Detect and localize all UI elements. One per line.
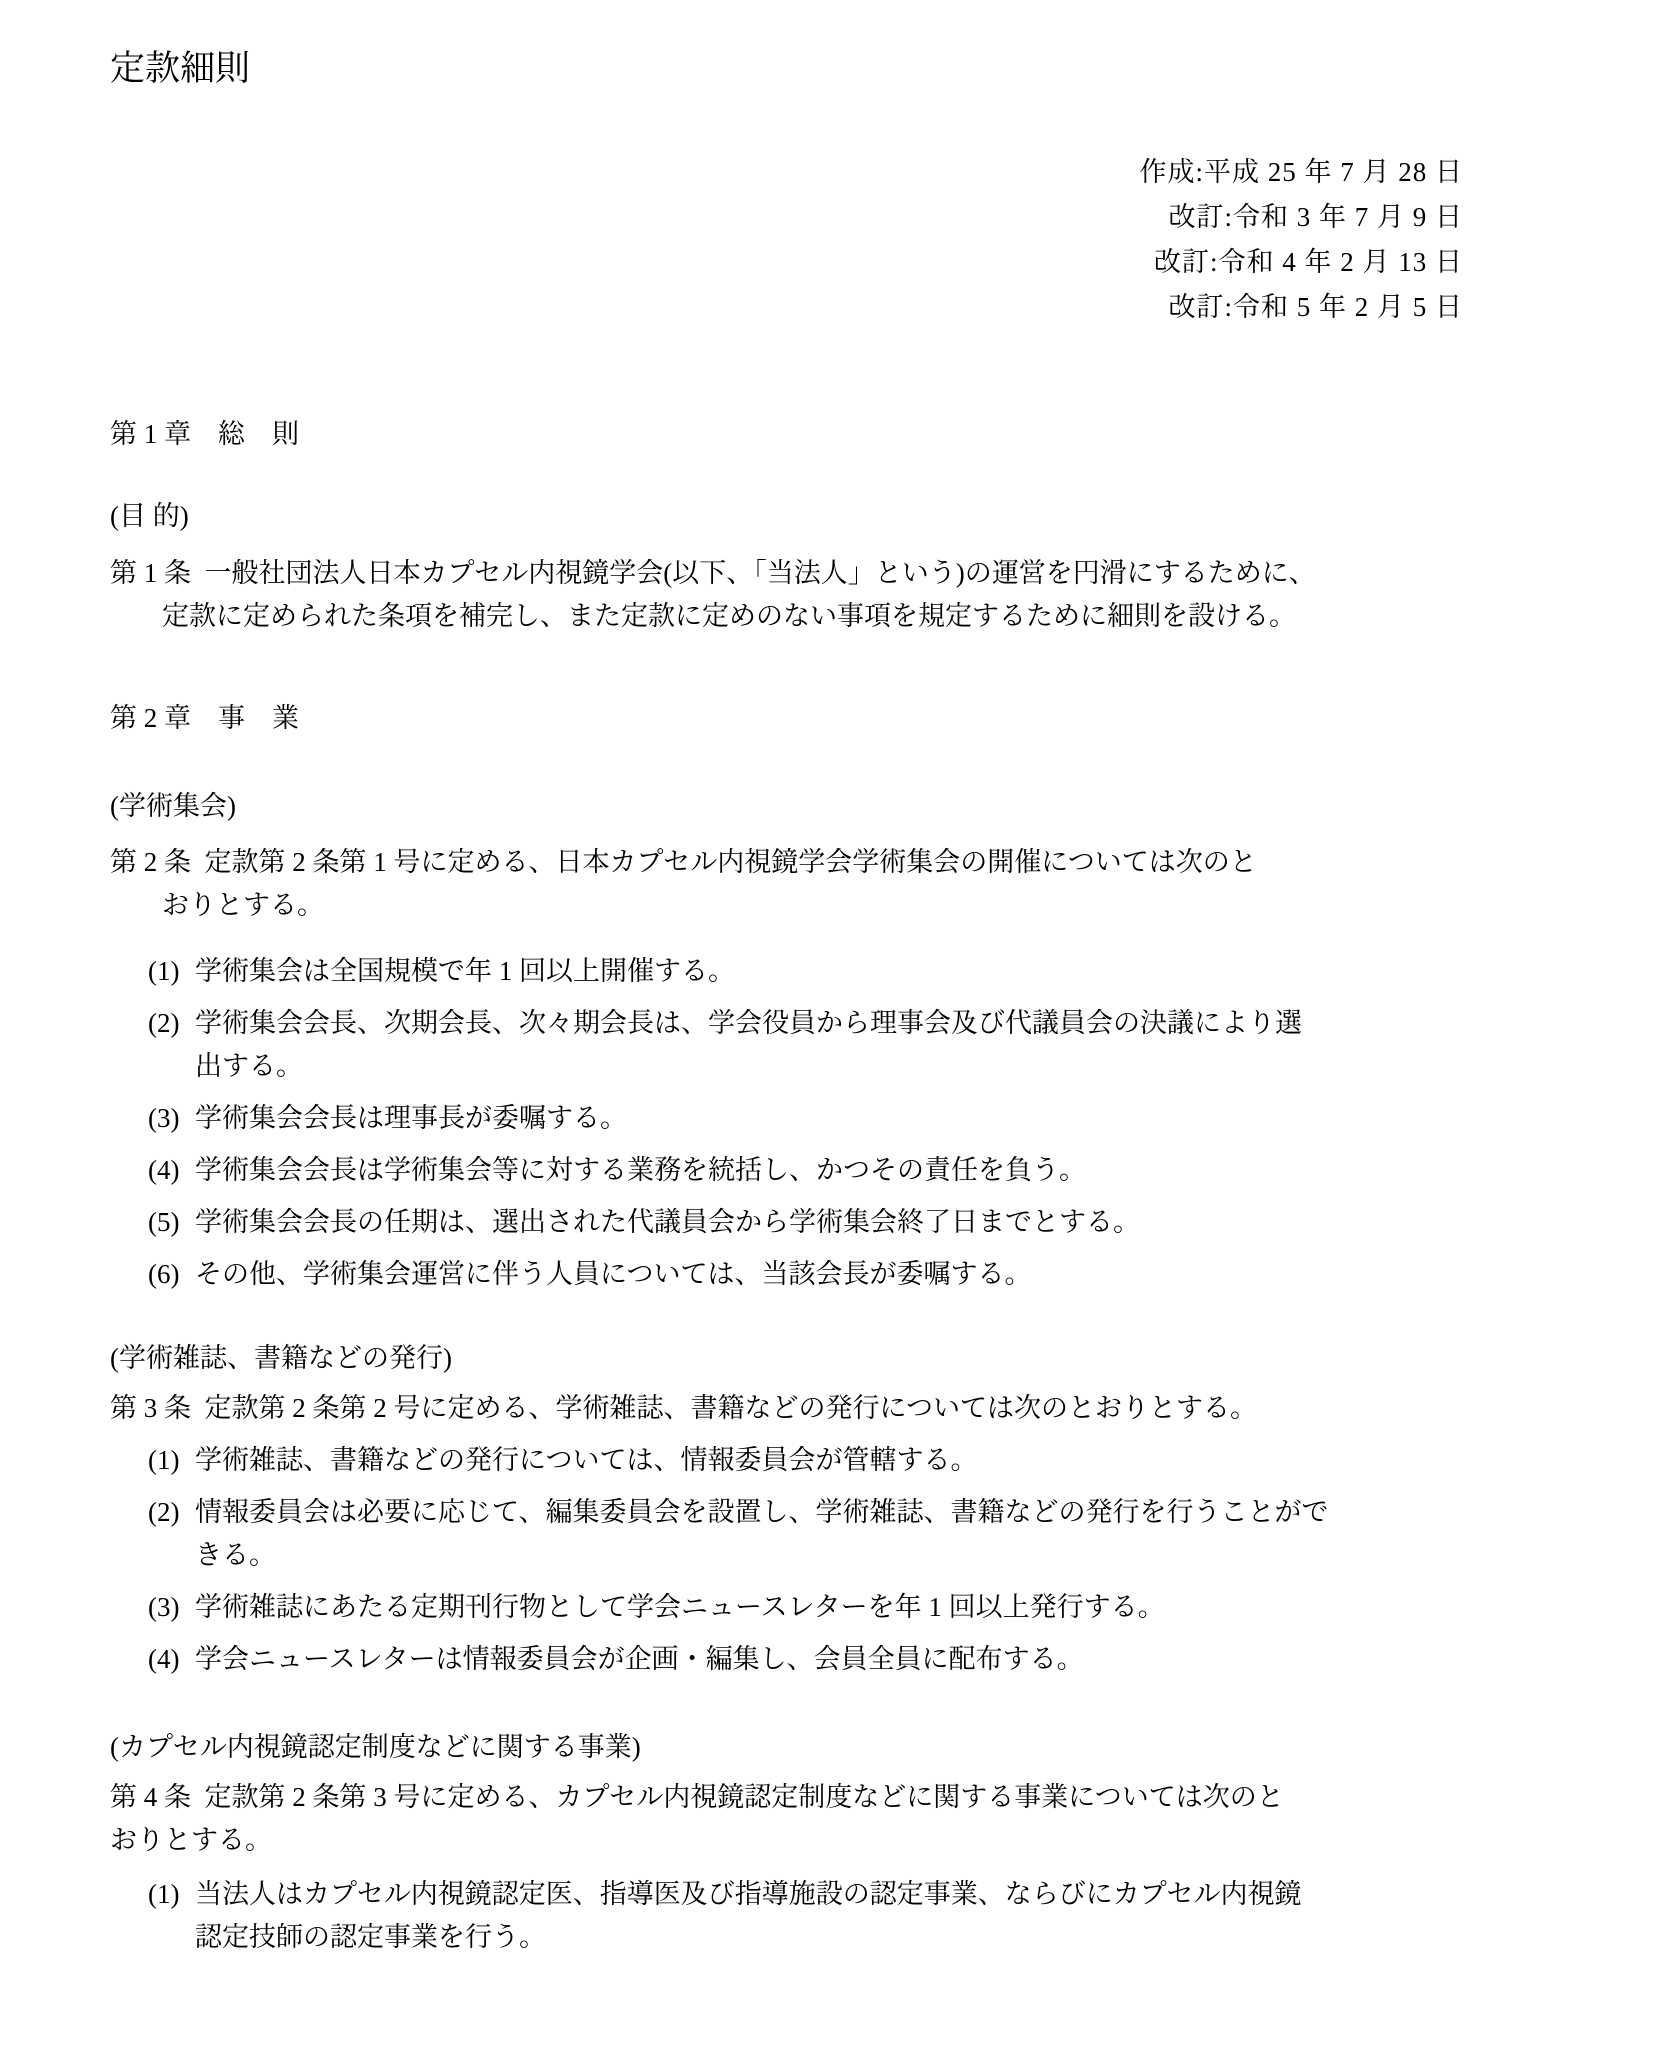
- item-number: (1): [148, 950, 195, 993]
- revision-dates: 作成:平成 25 年 7 月 28 日 改訂:令和 3 年 7 月 9 日 改訂…: [110, 150, 1463, 330]
- list-item: (4) 学会ニュースレターは情報委員会が企画・編集し、会員全員に配布する。: [110, 1638, 1544, 1681]
- item-text: 情報委員会は必要に応じて、編集委員会を設置し、学術雑誌、書籍などの発行を行うこと…: [195, 1491, 1544, 1577]
- item-text: 学術集会会長、次期会長、次々期会長は、学会役員から理事会及び代議員会の決議により…: [195, 1002, 1544, 1088]
- item-number: (3): [148, 1586, 195, 1629]
- item-text: 学術雑誌にあたる定期刊行物として学会ニュースレターを年 1 回以上発行する。: [195, 1586, 1544, 1629]
- list-item: (5) 学術集会会長の任期は、選出された代議員会から学術集会終了日までとする。: [110, 1201, 1544, 1244]
- meeting-section-label: (学術集会): [110, 784, 1544, 828]
- item-number: (3): [148, 1097, 195, 1140]
- chapter2-heading: 第 2 章 事 業: [110, 696, 1544, 740]
- item-number: (4): [148, 1638, 195, 1681]
- item-text: 当法人はカプセル内視鏡認定医、指導医及び指導施設の認定事業、ならびにカプセル内視…: [195, 1873, 1544, 1959]
- item-number: (2): [148, 1491, 195, 1577]
- item-number: (1): [148, 1873, 195, 1959]
- article3-text: 第 3 条 定款第 2 条第 2 号に定める、学術雑誌、書籍などの発行については…: [110, 1387, 1544, 1430]
- list-item: (3) 学術雑誌にあたる定期刊行物として学会ニュースレターを年 1 回以上発行す…: [110, 1586, 1544, 1629]
- item-text: 学術雑誌、書籍などの発行については、情報委員会が管轄する。: [195, 1439, 1544, 1482]
- article2-text: 第 2 条 定款第 2 条第 1 号に定める、日本カプセル内視鏡学会学術集会の開…: [110, 841, 1544, 927]
- item-text: その他、学術集会運営に伴う人員については、当該会長が委嘱する。: [195, 1253, 1544, 1296]
- list-item: (2) 学術集会会長、次期会長、次々期会長は、学会役員から理事会及び代議員会の決…: [110, 1002, 1544, 1088]
- item-number: (5): [148, 1201, 195, 1244]
- date-line-revision-1: 改訂:令和 3 年 7 月 9 日: [110, 195, 1463, 240]
- item-text: 学会ニュースレターは情報委員会が企画・編集し、会員全員に配布する。: [195, 1638, 1544, 1681]
- journal-section-label: (学術雑誌、書籍などの発行): [110, 1336, 1544, 1380]
- page-title: 定款細則: [110, 46, 1544, 92]
- list-item: (1) 当法人はカプセル内視鏡認定医、指導医及び指導施設の認定事業、ならびにカプ…: [110, 1873, 1544, 1959]
- date-line-revision-3: 改訂:令和 5 年 2 月 5 日: [110, 285, 1463, 330]
- list-item: (3) 学術集会会長は理事長が委嘱する。: [110, 1097, 1544, 1140]
- item-number: (1): [148, 1439, 195, 1482]
- article2-item-list: (1) 学術集会は全国規模で年 1 回以上開催する。 (2) 学術集会会長、次期…: [110, 950, 1544, 1296]
- certification-section-label: (カプセル内視鏡認定制度などに関する事業): [110, 1725, 1544, 1769]
- purpose-section-label: (目 的): [110, 494, 1544, 538]
- chapter1-heading: 第 1 章 総 則: [110, 412, 1544, 456]
- item-number: (4): [148, 1149, 195, 1192]
- document-page: 定款細則 作成:平成 25 年 7 月 28 日 改訂:令和 3 年 7 月 9…: [0, 0, 1654, 2047]
- item-number: (2): [148, 1002, 195, 1088]
- item-text: 学術集会会長は学術集会等に対する業務を統括し、かつその責任を負う。: [195, 1149, 1544, 1192]
- list-item: (6) その他、学術集会運営に伴う人員については、当該会長が委嘱する。: [110, 1253, 1544, 1296]
- article4-text: 第 4 条 定款第 2 条第 3 号に定める、カプセル内視鏡認定制度などに関する…: [110, 1776, 1544, 1862]
- date-line-revision-2: 改訂:令和 4 年 2 月 13 日: [110, 240, 1463, 285]
- article3-item-list: (1) 学術雑誌、書籍などの発行については、情報委員会が管轄する。 (2) 情報…: [110, 1439, 1544, 1681]
- list-item: (2) 情報委員会は必要に応じて、編集委員会を設置し、学術雑誌、書籍などの発行を…: [110, 1491, 1544, 1577]
- item-text: 学術集会会長は理事長が委嘱する。: [195, 1097, 1544, 1140]
- item-number: (6): [148, 1253, 195, 1296]
- date-line-created: 作成:平成 25 年 7 月 28 日: [110, 150, 1463, 195]
- list-item: (1) 学術集会は全国規模で年 1 回以上開催する。: [110, 950, 1544, 993]
- item-text: 学術集会は全国規模で年 1 回以上開催する。: [195, 950, 1544, 993]
- list-item: (4) 学術集会会長は学術集会等に対する業務を統括し、かつその責任を負う。: [110, 1149, 1544, 1192]
- article1-text: 第 1 条 一般社団法人日本カプセル内視鏡学会(以下、「当法人」という)の運営を…: [110, 552, 1544, 638]
- item-text: 学術集会会長の任期は、選出された代議員会から学術集会終了日までとする。: [195, 1201, 1544, 1244]
- article4-item-list: (1) 当法人はカプセル内視鏡認定医、指導医及び指導施設の認定事業、ならびにカプ…: [110, 1873, 1544, 1959]
- list-item: (1) 学術雑誌、書籍などの発行については、情報委員会が管轄する。: [110, 1439, 1544, 1482]
